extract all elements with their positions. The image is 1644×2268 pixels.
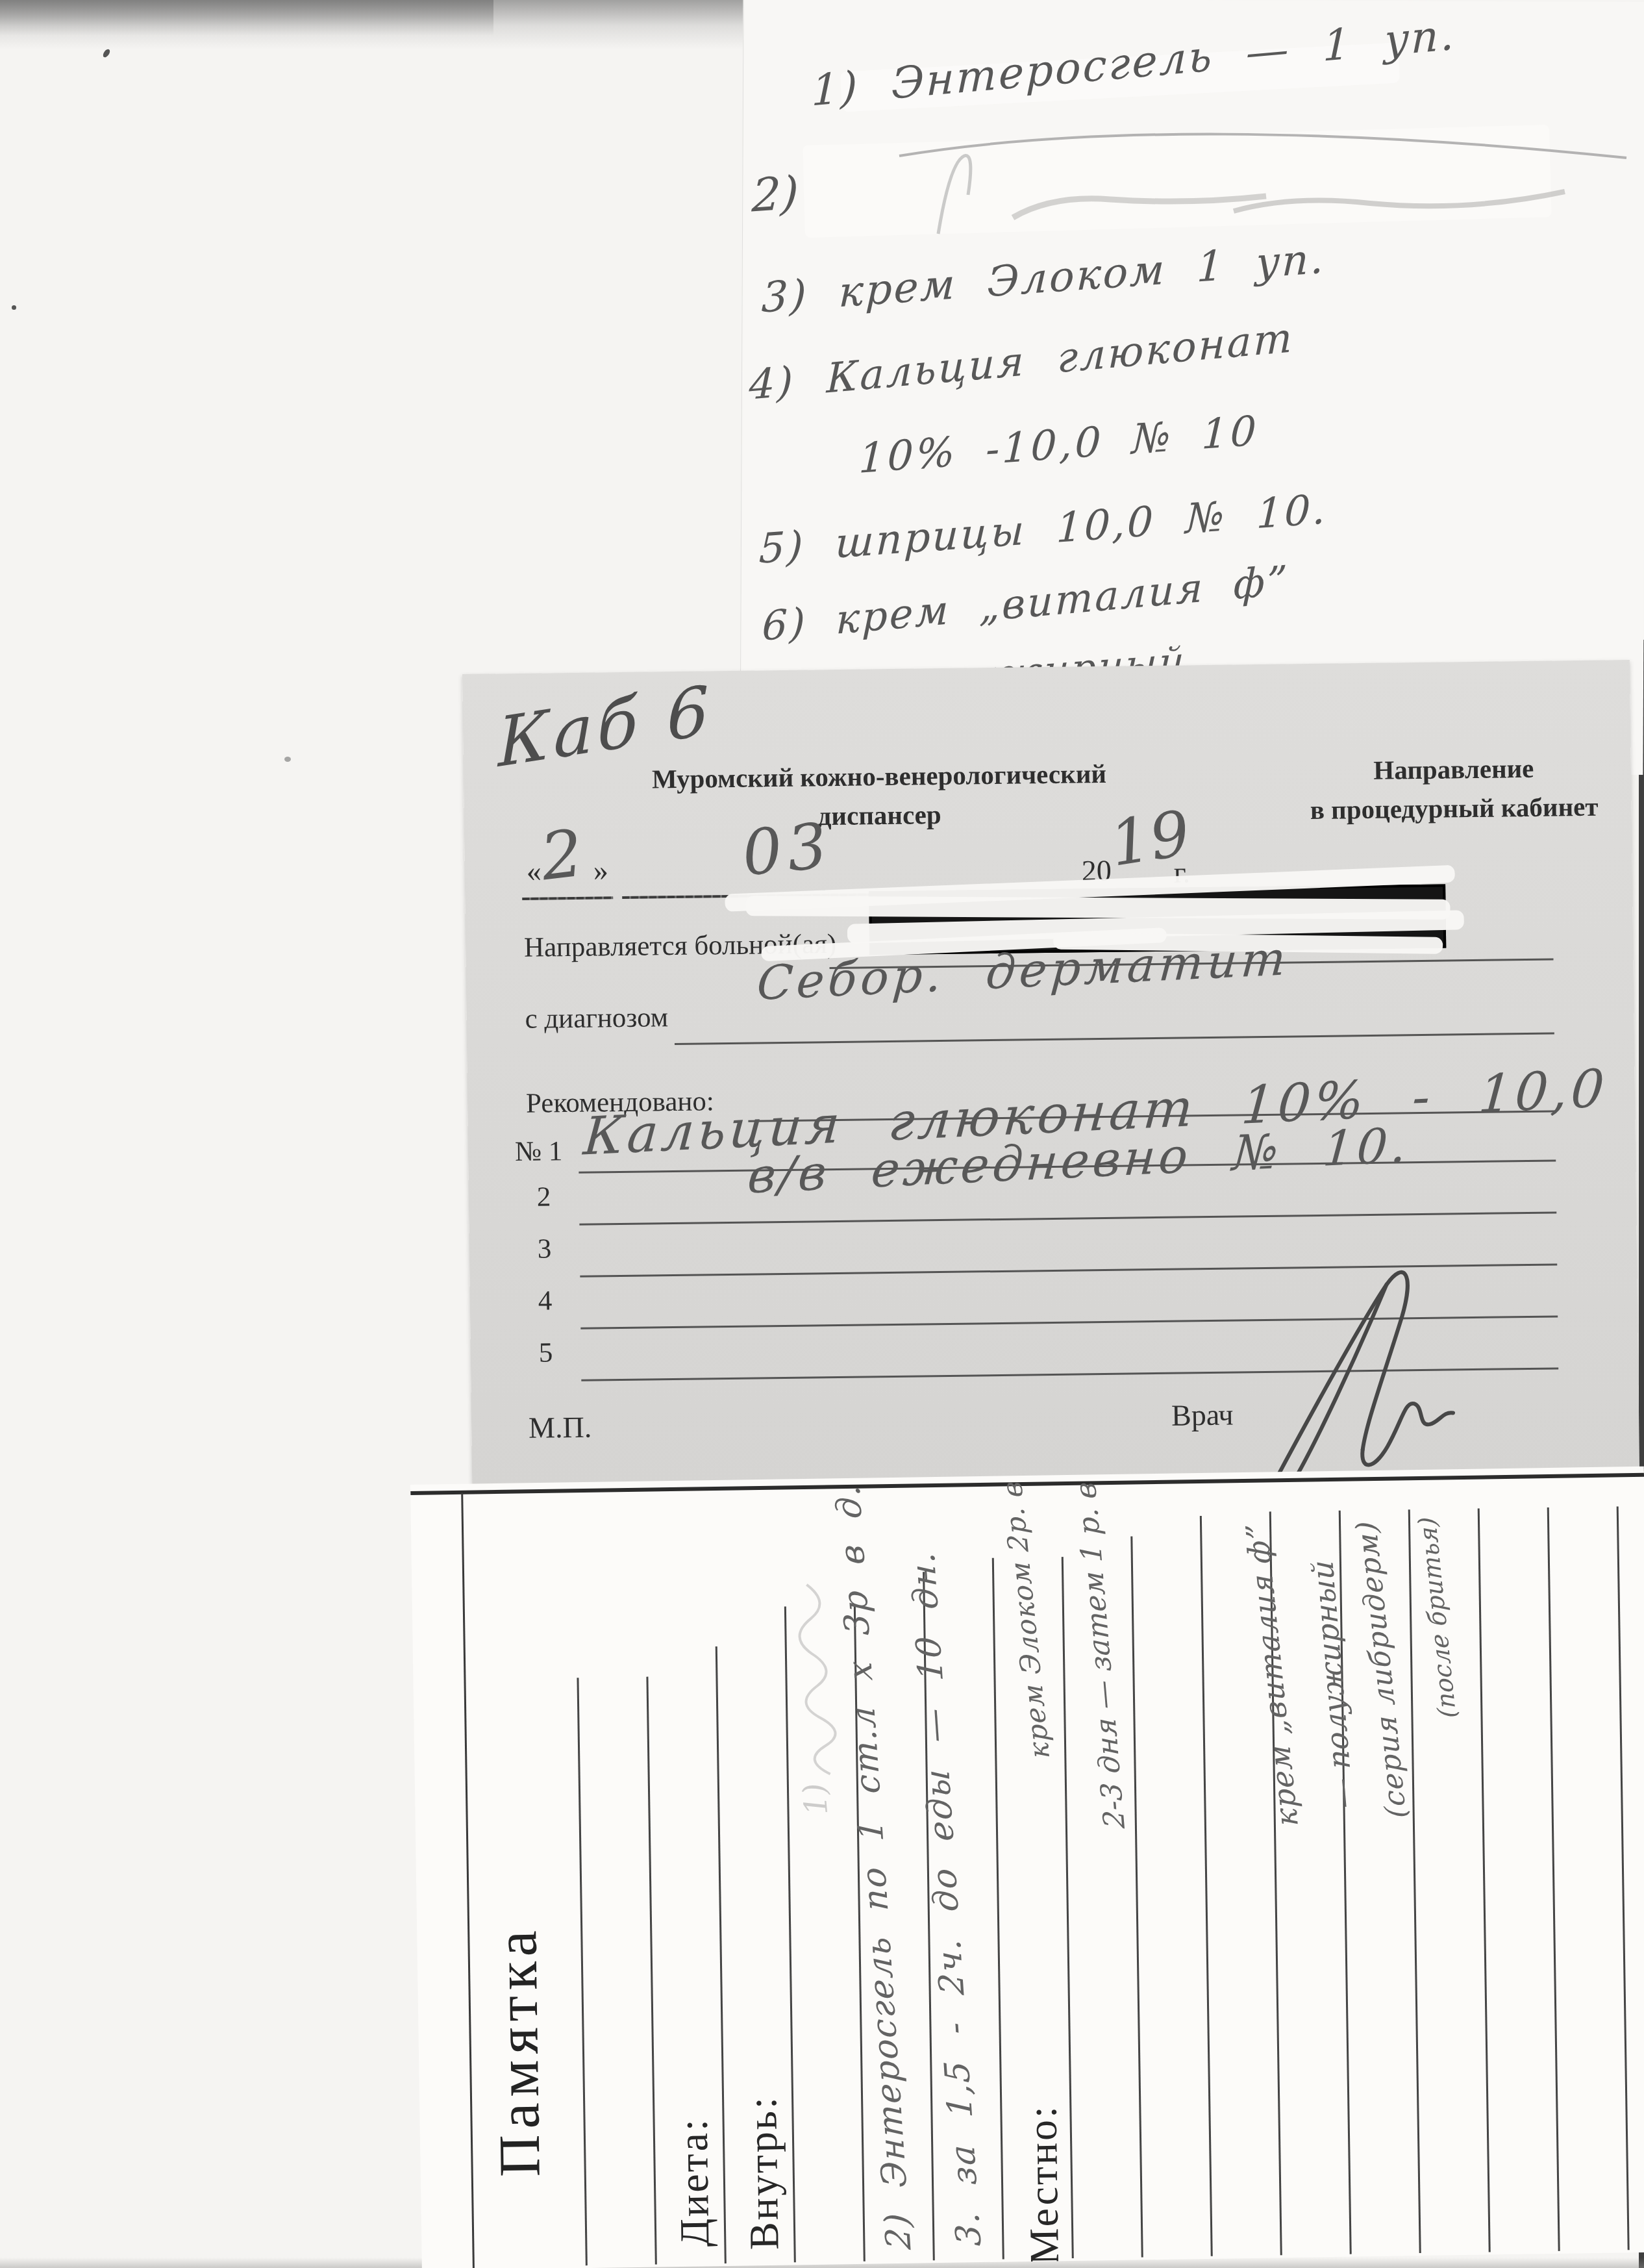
date-day-handwritten: 2: [537, 815, 587, 896]
org-name-line2: диспансер: [584, 792, 1175, 838]
memo-rotated-content: Памятка Диета: Внутрь: Местно: 1): [465, 1477, 1644, 2268]
memo-sheet: Памятка Диета: Внутрь: Местно: 1): [410, 1467, 1644, 2268]
rx1-number: № 1: [515, 1135, 563, 1168]
org-name: Муромский кожно-венерологический диспанс…: [584, 753, 1175, 838]
memo-item-6: крем „виталия ф”: [1239, 1524, 1305, 1826]
memo-item-9: (после бритья): [1413, 1517, 1462, 1718]
memo-item-1-faint: 1): [796, 1782, 835, 1817]
memo-item-2: 2) Энтеросгель по 1 ст.л х 3р в д.: [828, 1483, 919, 2250]
memo-topical-label: Местно:: [1018, 2104, 1069, 2266]
memo-internal-label: Внутрь:: [738, 2095, 789, 2250]
memo-rule: [646, 1677, 656, 2265]
memo-rule: [1617, 1506, 1630, 2250]
note-line-2-number: 2): [751, 166, 800, 222]
memo-rule: [1130, 1537, 1143, 2258]
memo-diet-label: Диета:: [669, 2117, 719, 2247]
scanned-document: 1) Энтеросгель — 1 уп. 2) 3) крем Элоком…: [0, 0, 1644, 2268]
scanner-top-shadow-left: [0, 0, 493, 36]
diagnosis-underline: [675, 1032, 1554, 1045]
memo-item-3: 3. за 1,5 - 2ч. до еды — 10 дн.: [903, 1550, 989, 2247]
memo-rule: [1478, 1509, 1491, 2252]
doctor-signature: [1210, 1256, 1485, 1487]
memo-item-5: 2-3 дня — затем 1 р. в день.: [1062, 1467, 1132, 1829]
rx5-number: 5: [538, 1337, 553, 1368]
memo-rule: [577, 1678, 587, 2265]
doc-title-line2: в процедурный кабинет: [1272, 787, 1636, 830]
rx3-number: 3: [538, 1233, 552, 1265]
date-quote-open: «: [526, 854, 542, 888]
memo-rule: [1200, 1516, 1213, 2256]
referral-form: Каб 6 Муромский кожно-венерологический д…: [462, 660, 1639, 1502]
date-quote-close: »: [593, 853, 608, 887]
rx2-number: 2: [537, 1181, 551, 1213]
date-day-underline: [522, 896, 613, 900]
speck: [284, 757, 291, 762]
speck: [12, 305, 16, 310]
memo-rule: [992, 1558, 1004, 2260]
memo-rule: [1408, 1509, 1421, 2253]
doc-title: Направление в процедурный кабинет: [1272, 748, 1636, 830]
date-month-handwritten: 03: [739, 809, 836, 890]
memo-title: Памятка: [483, 1924, 554, 2177]
diagnosis-label: с диагнозом: [525, 1002, 668, 1035]
rx4-number: 4: [538, 1285, 553, 1317]
memo-item-4: крем Элоком 2р. в день: [988, 1467, 1056, 1758]
memo-item-7: — полужирный: [1304, 1560, 1361, 1808]
doc-title-line1: Направление: [1272, 748, 1636, 791]
stamp-label: М.П.: [529, 1410, 592, 1445]
memo-item-8: (серия либридерм): [1350, 1520, 1414, 1818]
memo-rule: [1547, 1507, 1560, 2251]
org-name-line1: Муромский кожно-венерологический: [584, 753, 1175, 800]
rx2-underline: [579, 1211, 1556, 1225]
ghost-handwriting: [896, 120, 1636, 244]
